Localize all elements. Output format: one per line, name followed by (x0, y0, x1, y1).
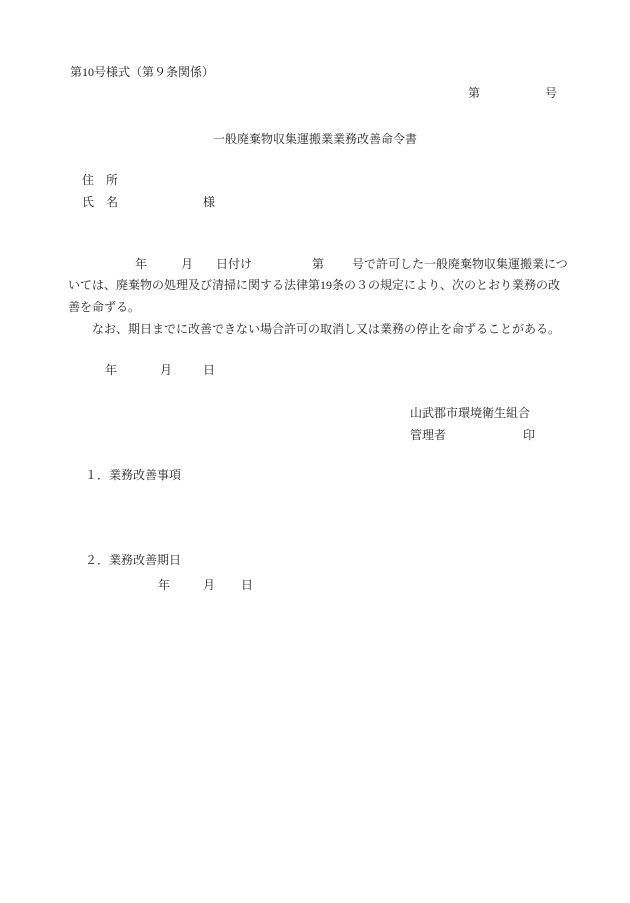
document-page: 第10号様式（第９条関係） 第 号 一般廃棄物収集運搬業業務改善命令書 住 所 … (0, 0, 630, 903)
honorific-label: 様 (203, 195, 215, 209)
deadline-month-label: 月 (203, 578, 215, 592)
seal-mark: 印 (523, 428, 535, 442)
deadline-year-label: 年 (158, 578, 170, 592)
document-number-suffix: 号 (545, 86, 557, 100)
issuer-organization: 山武郡市環境衛生組合 (410, 406, 530, 420)
item-2-label: ２．業務改善期日 (85, 553, 181, 567)
issuer-title: 管理者 (410, 428, 446, 442)
deadline-date-line: 年 月 日 (0, 578, 630, 592)
document-title: 一般廃棄物収集運搬業業務改善命令書 (0, 132, 630, 146)
form-number: 第10号様式（第９条関係） (70, 65, 214, 79)
permit-date-month-label: 月 (181, 257, 193, 271)
permit-date-day-label: 日付け (216, 257, 252, 271)
document-number-line: 第 号 (0, 86, 630, 100)
address-label: 住 所 (82, 173, 118, 187)
name-line: 氏 名 様 (0, 195, 630, 209)
issue-date-year-label: 年 (105, 363, 117, 377)
body-line-1: 年 月 日付け 第 号で許可した一般廃棄物収集運搬業につ (0, 257, 630, 271)
issuer-title-line: 管理者 印 (0, 428, 630, 442)
body-line-3: 善を命ずる。 (68, 300, 140, 314)
item-1-label: １．業務改善事項 (85, 468, 181, 482)
name-label: 氏 名 (82, 195, 118, 209)
body-line-1-text: 号で許可した一般廃棄物収集運搬業につ (352, 257, 568, 271)
permit-number-prefix: 第 (312, 257, 324, 271)
issue-date-day-label: 日 (203, 363, 215, 377)
issue-date-month-label: 月 (160, 363, 172, 377)
body-line-4: なお、期日までに改善できない場合許可の取消し又は業務の停止を命ずることがある。 (92, 322, 560, 336)
permit-date-year-label: 年 (135, 257, 147, 271)
deadline-day-label: 日 (241, 578, 253, 592)
issue-date-line: 年 月 日 (0, 363, 630, 377)
document-number-prefix: 第 (468, 86, 480, 100)
body-line-2: いては、廃棄物の処理及び清掃に関する法律第19条の３の規定により、次のとおり業務… (68, 278, 560, 292)
